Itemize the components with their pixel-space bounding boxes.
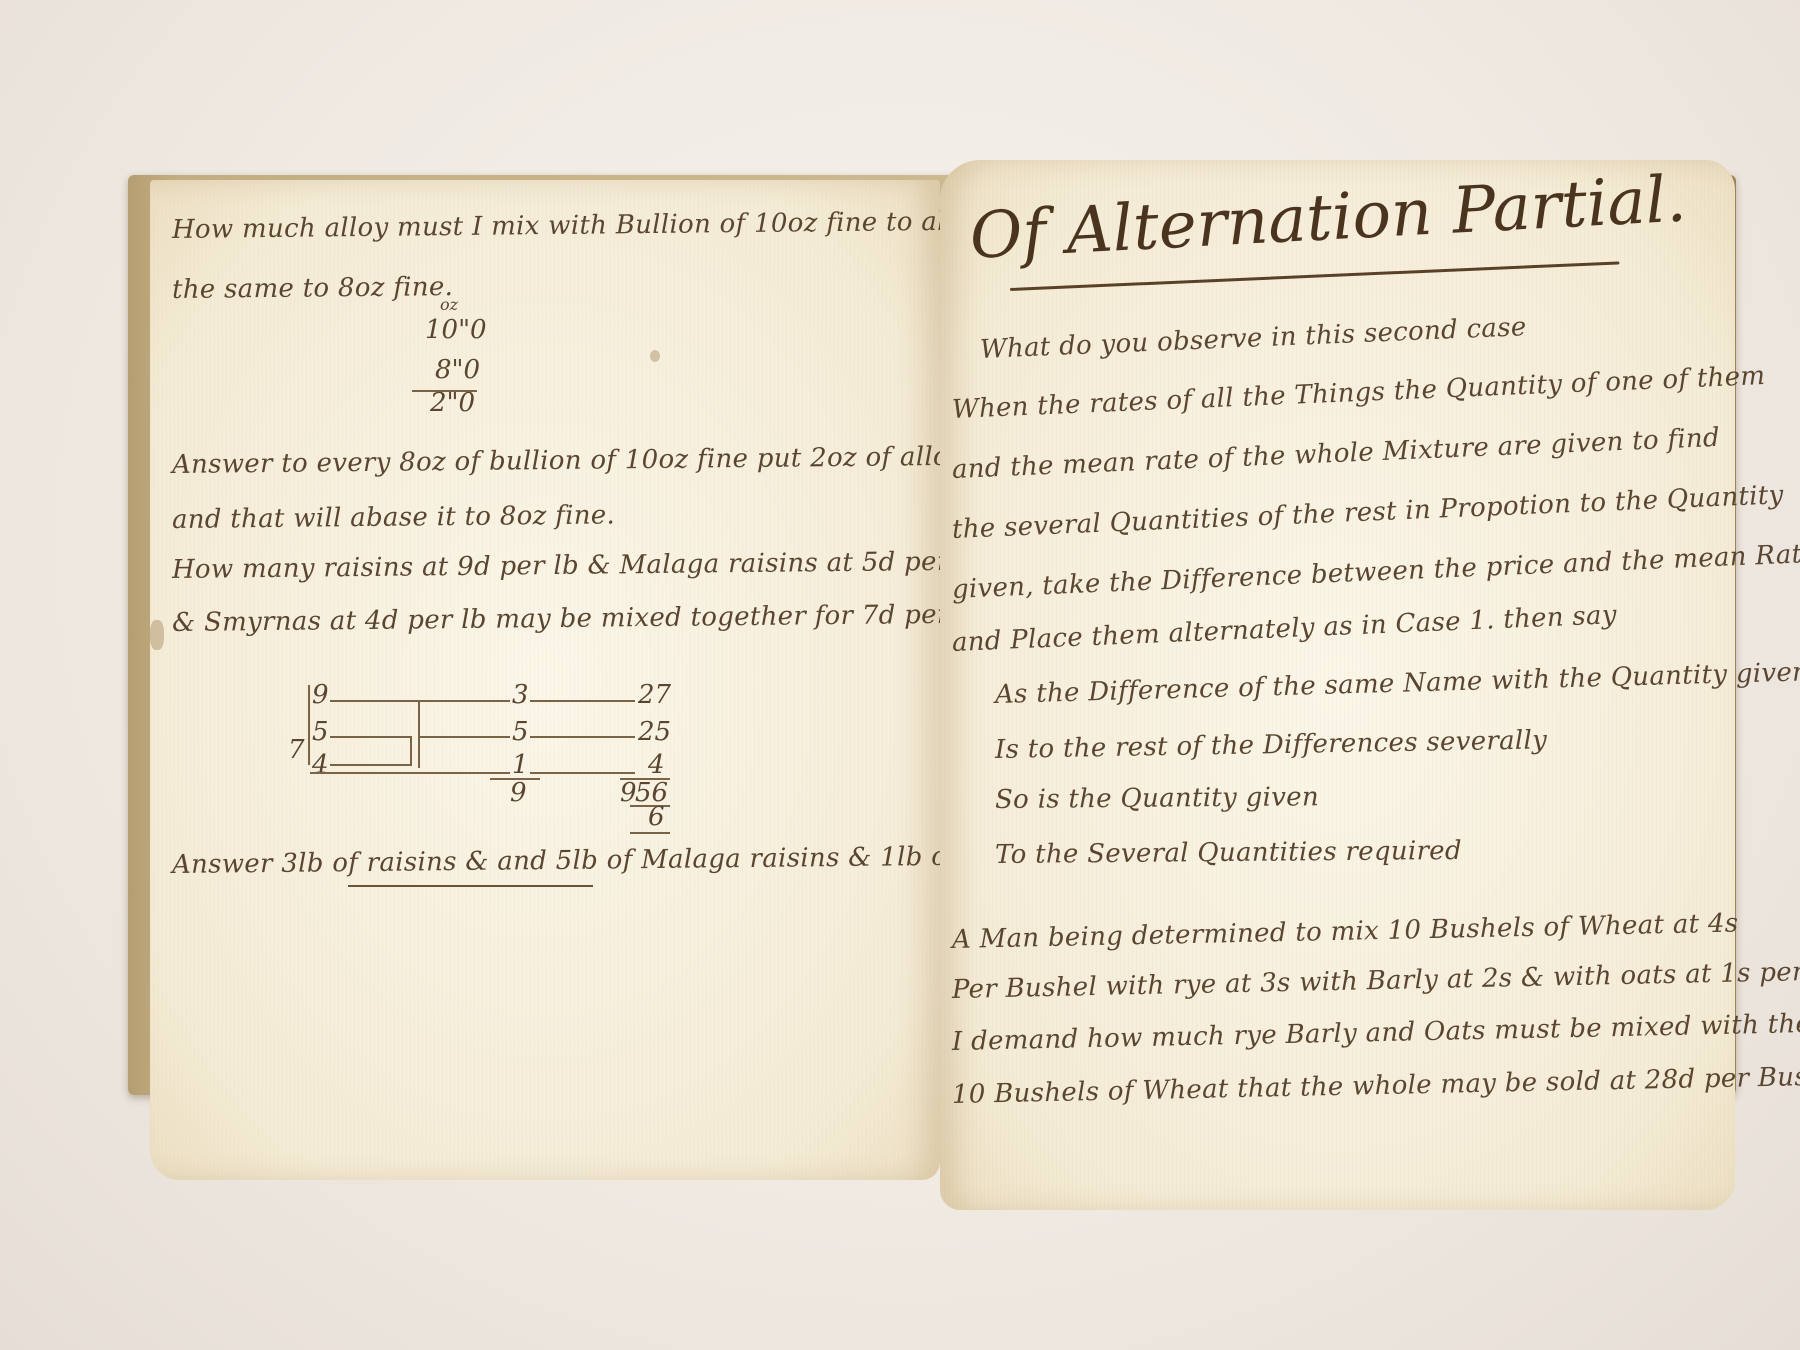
rate-3: 4 bbox=[312, 750, 329, 780]
paragraph-line-5: given, take the Difference between the p… bbox=[951, 539, 1800, 605]
paragraph-line-3: and the mean rate of the whole Mixture a… bbox=[951, 423, 1720, 485]
right-page: Of Alternation Partial. What do you obse… bbox=[940, 160, 1735, 1210]
question-1-line-2: the same to 8oz fine. bbox=[172, 272, 453, 305]
paper-stain bbox=[150, 620, 164, 650]
link-line bbox=[330, 736, 412, 738]
product-3: 4 bbox=[648, 750, 665, 780]
paragraph-line-1: What do you observe in this second case bbox=[979, 312, 1527, 365]
rate-2: 5 bbox=[312, 717, 329, 747]
page-title: Of Alternation Partial. bbox=[968, 163, 1688, 274]
diff-sum: 9 bbox=[510, 778, 527, 808]
calc-unit: oz bbox=[440, 295, 458, 314]
product-2: 25 bbox=[638, 717, 671, 747]
paragraph-line-4: the several Quantities of the rest in Pr… bbox=[951, 480, 1784, 545]
calc-subtrahend: 8"0 bbox=[435, 355, 480, 385]
link-line bbox=[330, 764, 412, 766]
question-1-line-1: How much alloy must I mix with Bullion o… bbox=[172, 206, 1000, 245]
division-quotient: 6 bbox=[648, 802, 665, 832]
rule-line-2: Is to the rest of the Differences severa… bbox=[995, 725, 1548, 765]
diff-1: 3 bbox=[512, 680, 529, 710]
question-2-line-1: How many raisins at 9d per lb & Malaga r… bbox=[172, 547, 984, 585]
link-line bbox=[410, 736, 412, 766]
rule-line-3: So is the Quantity given bbox=[995, 782, 1319, 815]
calc-minuend: 10"0 bbox=[425, 315, 487, 345]
answer-1-line-1: Answer to every 8oz of bullion of 10oz f… bbox=[172, 442, 964, 480]
link-line bbox=[530, 700, 635, 702]
product-1: 27 bbox=[638, 680, 671, 710]
link-line bbox=[530, 736, 635, 738]
answer-1-line-2: and that will abase it to 8oz fine. bbox=[172, 500, 615, 535]
question-2-line-2: & Smyrnas at 4d per lb may be mixed toge… bbox=[172, 600, 984, 638]
rule-line-1: As the Difference of the same Name with … bbox=[995, 657, 1800, 710]
link-line bbox=[330, 700, 510, 702]
rate-1: 9 bbox=[312, 680, 329, 710]
problem-line-1: A Man being determined to mix 10 Bushels… bbox=[952, 909, 1739, 955]
total-rule bbox=[630, 832, 670, 834]
calc-result: 2"0 bbox=[430, 388, 475, 418]
diff-3: 1 bbox=[512, 750, 529, 780]
rule-line-4: To the Several Quantities required bbox=[995, 836, 1462, 870]
problem-line-3: I demand how much rye Barly and Oats mus… bbox=[952, 1009, 1800, 1057]
ink-stain bbox=[650, 350, 660, 362]
problem-line-2: Per Bushel with rye at 3s with Barly at … bbox=[952, 956, 1800, 1005]
link-line bbox=[530, 772, 635, 774]
link-line bbox=[418, 736, 510, 738]
problem-line-4: 10 Bushels of Wheat that the whole may b… bbox=[952, 1062, 1800, 1110]
link-line bbox=[418, 700, 420, 768]
diff-2: 5 bbox=[512, 717, 529, 747]
left-page: How much alloy must I mix with Bullion o… bbox=[150, 180, 940, 1180]
link-line bbox=[310, 772, 510, 774]
answer-underline bbox=[348, 885, 593, 887]
paragraph-line-2: When the rates of all the Things the Qua… bbox=[951, 361, 1765, 425]
alligation-mean: 7 bbox=[288, 735, 305, 765]
paragraph-line-6: and Place them alternately as in Case 1.… bbox=[951, 600, 1617, 658]
alligation-bracket bbox=[308, 685, 310, 765]
